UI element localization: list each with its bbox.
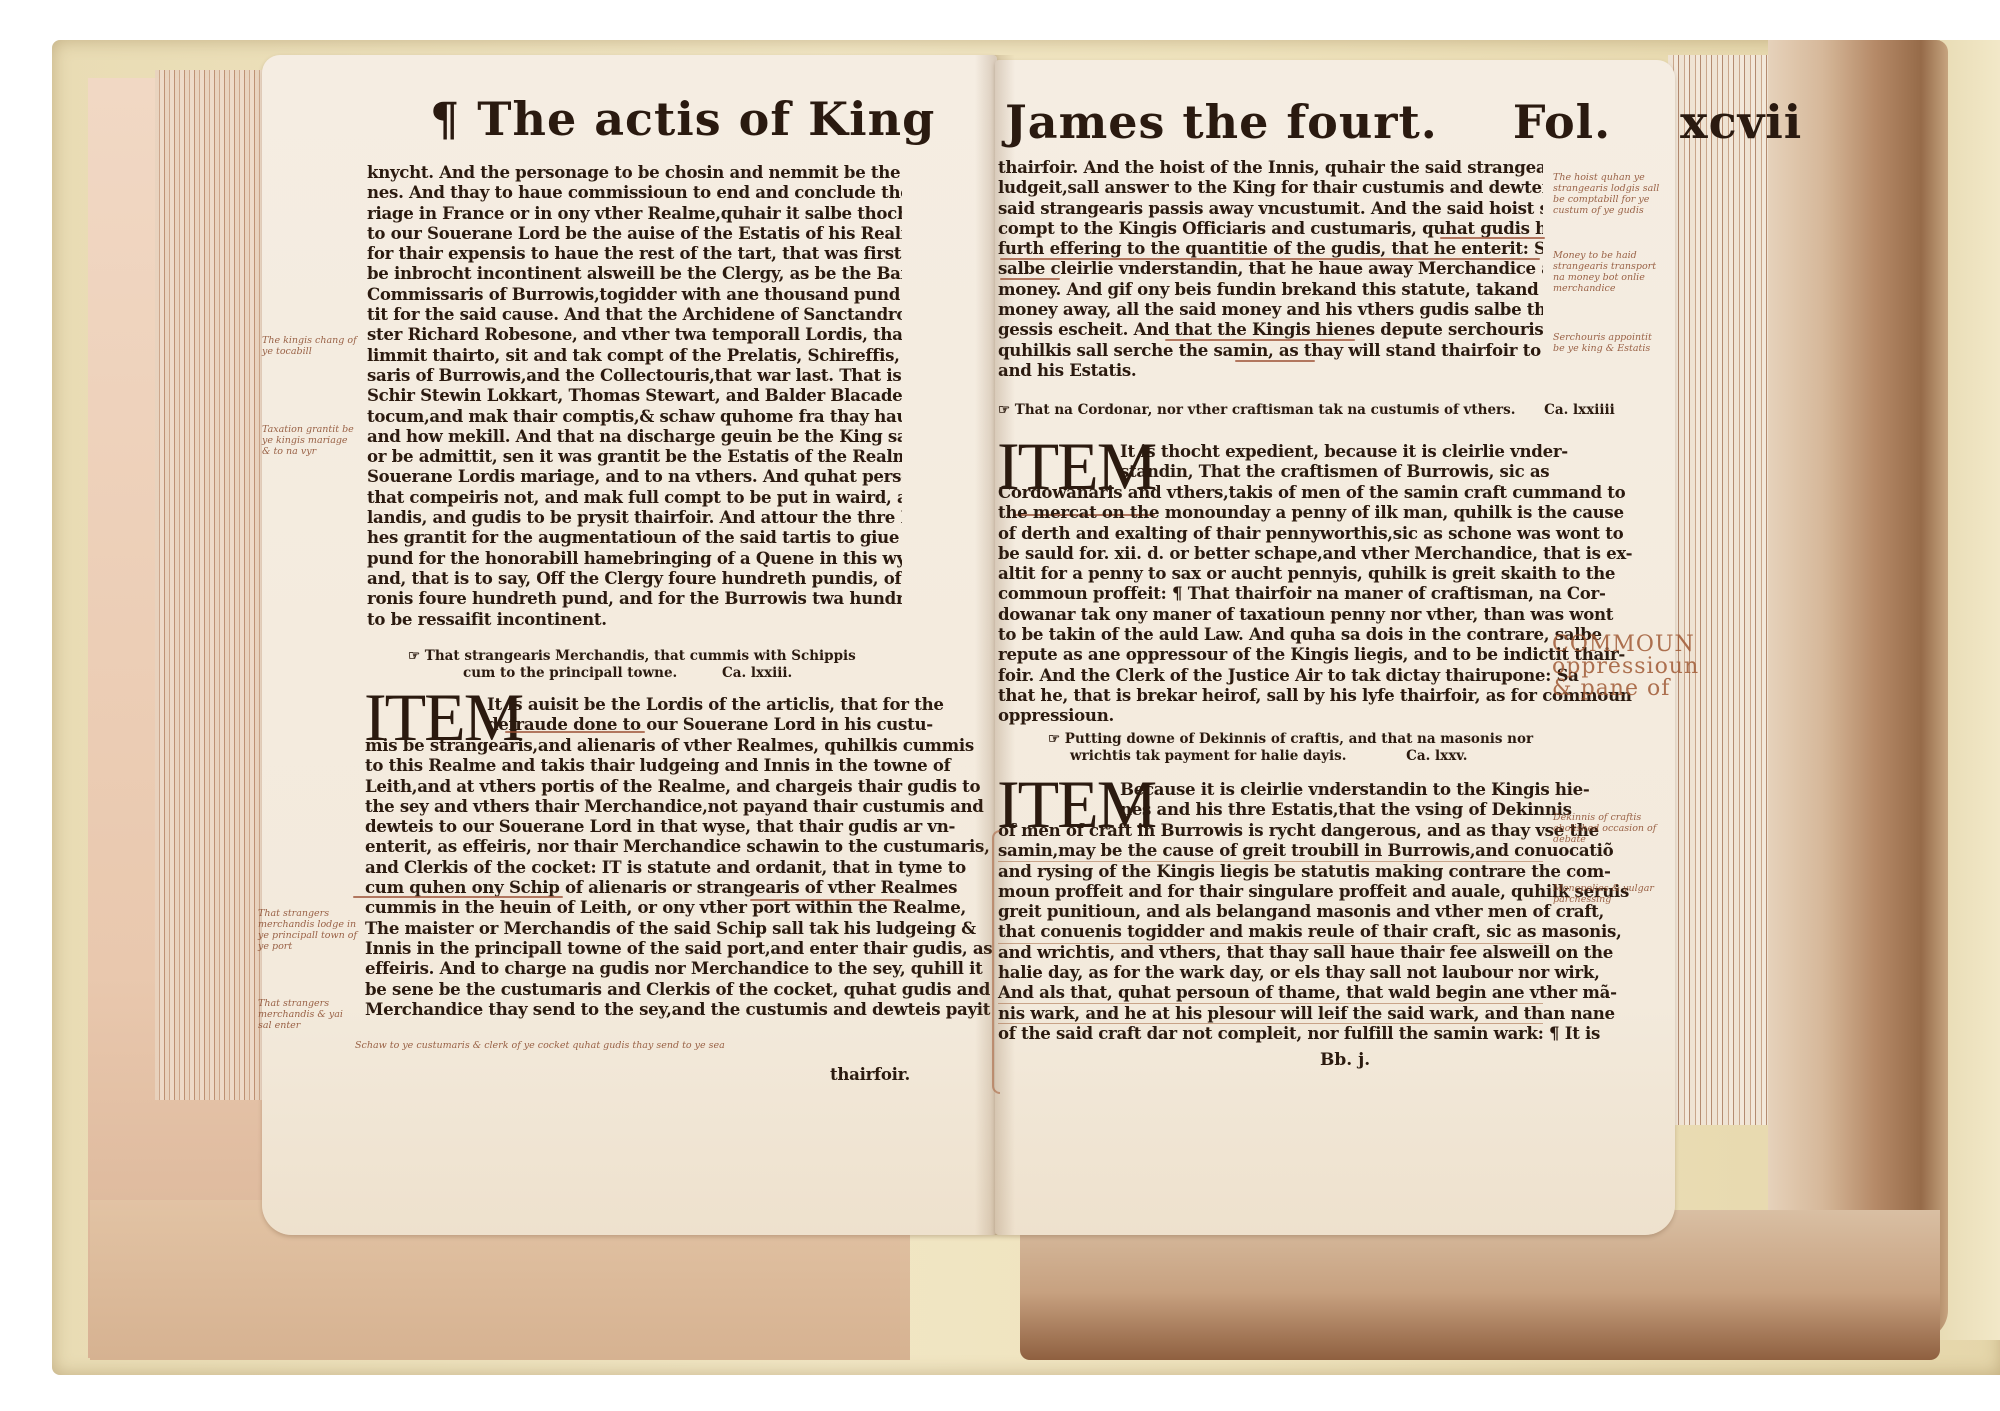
right-body-text: thairfoir. And the hoist of the Innis, q… [998, 157, 1543, 380]
text-line: furth effering to the quantitie of the g… [998, 238, 1543, 258]
text-line: and Clerkis of the cocket: IT is statute… [365, 857, 902, 877]
text-line: nes. And thay to haue commissioun to end… [367, 182, 902, 202]
ink-underline [1235, 360, 1315, 362]
left-item-last-line: thairfoir. [830, 1064, 910, 1084]
running-head-title: James the fourt. [1005, 95, 1438, 149]
right-running-head: James the fourt. Fol. xcvii [1005, 95, 1802, 149]
text-line: to be ressaifit incontinent. [367, 609, 902, 629]
chapter-heading-line: ☞ Putting downe of Dekinnis of craftis, … [1048, 731, 1533, 748]
text-line: hes grantit for the augmentatioun of the… [367, 527, 902, 547]
text-line: pund for the honorabill hamebringing of … [367, 548, 902, 568]
ink-rule [998, 1023, 1543, 1024]
text-line: And als that, quhat persoun of thame, th… [998, 982, 1545, 1002]
right-item2-text-cont: of men of craft in Burrowis is rycht dan… [998, 820, 1545, 1043]
folio-number: xcvii [1680, 95, 1802, 149]
chapter-number: Ca. lxxiiii [1544, 402, 1615, 419]
text-line: and how mekill. And that na discharge ge… [367, 426, 902, 446]
right-chapter-heading-1: ☞ That na Cordonar, nor vther craftisman… [998, 402, 1615, 419]
text-line: Commissaris of Burrowis,togidder with an… [367, 284, 902, 304]
ink-bracket [992, 830, 1000, 1094]
text-line: to our Souerane Lord be the auise of the… [367, 223, 902, 243]
text-line: samin,may be the cause of greit troubill… [998, 840, 1545, 860]
text-line: Innis in the principall towne of the sai… [365, 938, 902, 958]
text-line: ludgeit,sall answer to the King for thai… [998, 177, 1543, 197]
ink-underline [353, 896, 563, 898]
text-line: oppressioun. [998, 705, 1545, 725]
text-line: be inbrocht incontinent alsweill be the … [367, 263, 902, 283]
text-line: Schir Stewin Lokkart, Thomas Stewart, an… [367, 385, 902, 405]
text-line: to this Realme and takis thair ludgeing … [365, 755, 902, 775]
text-line: the mercat on the monounday a penny of i… [998, 502, 1545, 522]
vellum-cover-flap [1940, 40, 2000, 1340]
text-line: compt to the Kingis Officiaris and custu… [998, 218, 1543, 238]
text-line: or be admittit, sen it was grantit be th… [367, 446, 902, 466]
ink-underline [750, 899, 900, 901]
text-line: It is auisit be the Lordis of the articl… [487, 694, 902, 714]
text-line: tocum,and mak thair comptis,& schaw quho… [367, 406, 902, 426]
text-line: to be takin of the auld Law. And quha sa… [998, 624, 1545, 644]
margin-note: Schaw to ye custumaris & clerk of ye coc… [355, 1040, 815, 1051]
ink-underline [1000, 258, 1540, 260]
margin-note: That strangers merchandis lodge in ye pr… [258, 908, 358, 952]
text-line: that conuenis togidder and makis reule o… [998, 921, 1545, 941]
text-line: be sauld for. xii. d. or better schape,a… [998, 543, 1545, 563]
text-line: thairfoir. [830, 1064, 910, 1084]
text-line: the sey and vthers thair Merchandice,not… [365, 796, 902, 816]
text-line: ronis foure hundreth pund, and for the B… [367, 588, 902, 608]
ink-rule [998, 861, 1543, 862]
text-line: money away, all the said money and his v… [998, 299, 1543, 319]
text-line: greit punitioun, and als belangand mason… [998, 901, 1545, 921]
text-line: nes and his thre Estatis,that the vsing … [1120, 799, 1545, 819]
text-line: for thair expensis to haue the rest of t… [367, 243, 902, 263]
text-line: knycht. And the personage to be chosin a… [367, 162, 902, 182]
text-line: moun proffeit and for thair singulare pr… [998, 881, 1545, 901]
text-line: saris of Burrowis,and the Collectouris,t… [367, 365, 902, 385]
margin-note: The kingis chang of ye tocabill [262, 335, 357, 357]
ink-rule [998, 943, 1543, 944]
text-line: effeiris. And to charge na gudis nor Mer… [365, 958, 902, 978]
chapter-heading-text: ☞ That na Cordonar, nor vther craftisman… [998, 402, 1515, 418]
text-line: mis be strangearis,and alienaris of vthe… [365, 735, 902, 755]
text-line: standin, That the craftismen of Burrowis… [1120, 461, 1545, 481]
ink-underline [1165, 339, 1355, 341]
right-item1-text: It is thocht expedient, because it is cl… [1120, 441, 1545, 482]
text-line: altit for a penny to sax or aucht pennyi… [998, 563, 1545, 583]
text-line: landis, and gudis to be prysit thairfoir… [367, 507, 902, 527]
chapter-number: Ca. lxxiii. [722, 665, 792, 682]
margin-note: Money to be haid strangearis transport n… [1553, 250, 1663, 294]
chapter-number: Ca. lxxv. [1406, 748, 1467, 765]
left-chapter-heading: ☞ That strangearis Merchandis, that cumm… [408, 648, 856, 682]
ink-underline [1000, 278, 1060, 280]
margin-note: The hoist quhan ye strangearis lodgis sa… [1553, 172, 1663, 216]
margin-note: Serchouris appointit be ye king & Estati… [1553, 332, 1663, 354]
text-line: that he, that is brekar heirof, sall by … [998, 685, 1545, 705]
right-item1-text-cont: Cordowanaris and vthers,takis of men of … [998, 482, 1545, 726]
margin-note: Monopolies & vulgar parchessing [1553, 883, 1663, 905]
right-chapter-heading-2: ☞ Putting downe of Dekinnis of craftis, … [1048, 731, 1533, 765]
text-line: limmit thairto, sit and tak compt of the… [367, 345, 902, 365]
text-line: Cordowanaris and vthers,takis of men of … [998, 482, 1545, 502]
chapter-heading-text: wrichtis tak payment for halie dayis. [1070, 748, 1346, 764]
left-item-text: It is auisit be the Lordis of the articl… [487, 694, 902, 735]
margin-note: That strangers merchandis & yai sal ente… [258, 998, 358, 1031]
left-item-text-cont: mis be strangearis,and alienaris of vthe… [365, 735, 902, 1019]
text-line: Because it is cleirlie vnderstandin to t… [1120, 779, 1545, 799]
folio-label: Fol. [1513, 95, 1611, 149]
text-line: nis wark, and he at his plesour will lei… [998, 1003, 1545, 1023]
ink-underline [505, 731, 645, 733]
text-line: of derth and exalting of thair pennywort… [998, 523, 1545, 543]
text-line: cum quhen ony Schip of alienaris or stra… [365, 877, 902, 897]
worn-ragged-leaves [1768, 40, 1948, 1340]
right-item2-text: Because it is cleirlie vnderstandin to t… [1120, 779, 1545, 820]
margin-note: Taxation grantit be ye kingis mariage & … [262, 424, 357, 457]
chapter-heading-line-2: wrichtis tak payment for halie dayis. Ca… [1048, 748, 1533, 765]
margin-note-commoun: COMMOUN oppressioun & pane of [1552, 634, 1672, 700]
text-line: It is thocht expedient, because it is cl… [1120, 441, 1545, 461]
text-line: and wrichtis, and vthers, that thay sall… [998, 942, 1545, 962]
text-line: tit for the said cause. And that the Arc… [367, 304, 902, 324]
text-line: Leith,and at vthers portis of the Realme… [365, 776, 902, 796]
text-line: be sene be the custumaris and Clerkis of… [365, 979, 902, 999]
ink-underline [1440, 237, 1545, 239]
text-line: The maister or Merchandis of the said Sc… [365, 918, 902, 938]
text-line: halie day, as for the wark day, or els t… [998, 962, 1545, 982]
text-line: commoun proffeit: ¶ That thairfoir na ma… [998, 583, 1545, 603]
text-line: repute as ane oppressour of the Kingis l… [998, 644, 1545, 664]
margin-note: Dekinnis of craftis abolished occasion o… [1553, 812, 1663, 845]
text-line: of men of craft in Burrowis is rycht dan… [998, 820, 1545, 840]
text-line: quhilkis sall serche the samin, as thay … [998, 340, 1543, 360]
text-line: dowanar tak ony maner of taxatioun penny… [998, 604, 1545, 624]
text-line: Souerane Lordis mariage, and to na vther… [367, 466, 902, 486]
text-line: thairfoir. And the hoist of the Innis, q… [998, 157, 1543, 177]
right-page-stack-edge [1668, 55, 1768, 1125]
text-line: money. And gif ony beis fundin brekand t… [998, 279, 1543, 299]
left-running-head: ¶ The actis of King [430, 92, 935, 146]
signature-mark: Bb. j. [1320, 1050, 1370, 1070]
text-line: enterit, as effeiris, nor thair Merchand… [365, 836, 902, 856]
chapter-heading-line: ☞ That strangearis Merchandis, that cumm… [408, 648, 856, 665]
text-line: and rysing of the Kingis liegis be statu… [998, 861, 1545, 881]
text-line: ster Richard Robesone, and vther twa tem… [367, 324, 902, 344]
left-page-stack-edge [155, 70, 265, 1100]
text-line: salbe cleirlie vnderstandin, that he hau… [998, 258, 1543, 278]
text-line: riage in France or in ony vther Realme,q… [367, 203, 902, 223]
text-line: that compeiris not, and mak full compt t… [367, 487, 902, 507]
text-line: said strangearis passis away vncustumit.… [998, 198, 1543, 218]
text-line: dewteis to our Souerane Lord in that wys… [365, 816, 902, 836]
text-line: foir. And the Clerk of the Justice Air t… [998, 665, 1545, 685]
text-line: and his Estatis. [998, 360, 1543, 380]
left-body-text: knycht. And the personage to be chosin a… [367, 162, 902, 629]
text-line: gessis escheit. And that the Kingis hien… [998, 319, 1543, 339]
text-line: of the said craft dar not compleit, nor … [998, 1023, 1545, 1043]
ink-rule [998, 1003, 1543, 1004]
text-line: Merchandice thay send to the sey,and the… [365, 999, 902, 1019]
text-line: and, that is to say, Off the Clergy four… [367, 568, 902, 588]
